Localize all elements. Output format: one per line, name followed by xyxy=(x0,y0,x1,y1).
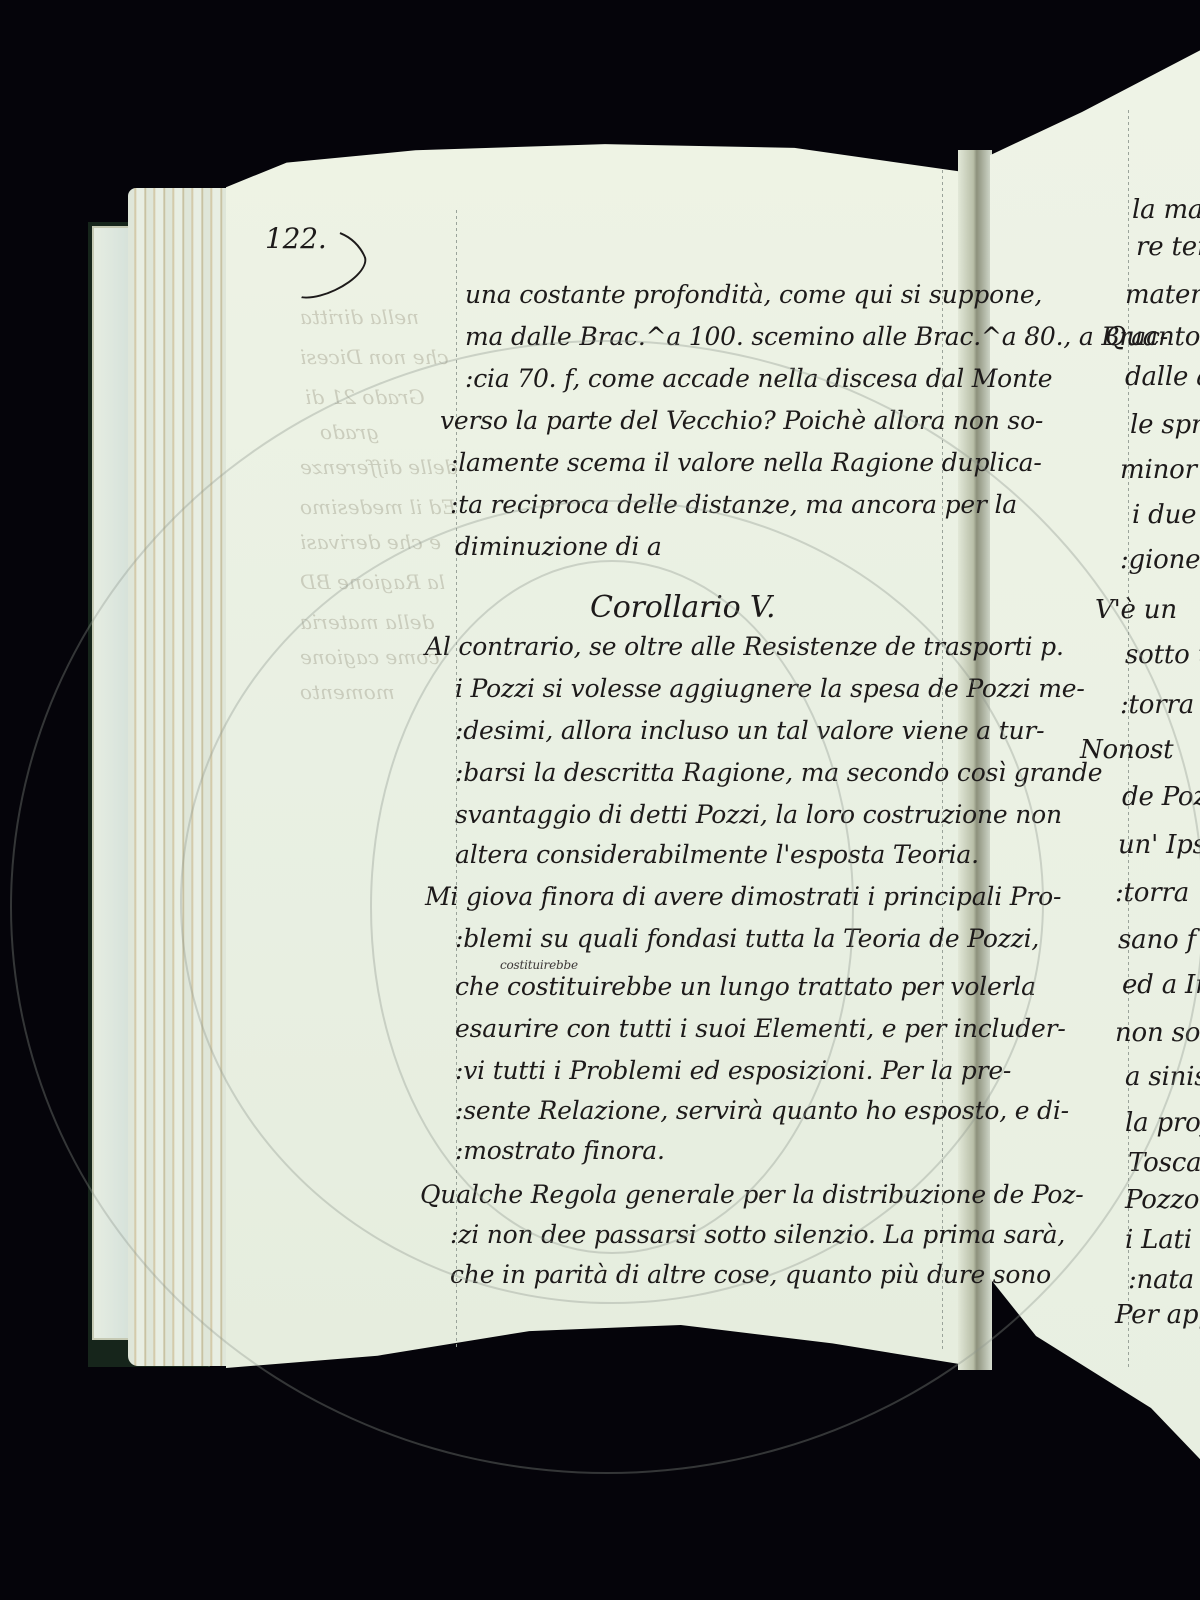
text-line: Quanto xyxy=(1105,322,1200,352)
text-line: le spr xyxy=(1130,410,1200,440)
right-page-text: la mat re tera materi Quanto dalle a le … xyxy=(0,0,1200,1600)
text-line: non son xyxy=(1115,1018,1200,1048)
text-line: Toscan xyxy=(1128,1148,1200,1178)
text-line: de Pozz xyxy=(1122,782,1200,812)
text-line: Nonost xyxy=(1080,735,1173,765)
text-line: ed a Im xyxy=(1122,970,1200,1000)
text-line: sano f xyxy=(1118,925,1196,955)
text-line: a sinis xyxy=(1125,1062,1200,1092)
text-line: i Lati xyxy=(1125,1225,1192,1255)
text-line: Per appl xyxy=(1115,1300,1200,1330)
text-line: :nata xyxy=(1128,1265,1194,1295)
text-line: i due xyxy=(1132,500,1196,530)
text-line: :torra xyxy=(1120,690,1194,720)
text-line: un' Ips xyxy=(1118,830,1200,860)
text-line: dalle a xyxy=(1125,362,1200,392)
text-line: materi xyxy=(1125,280,1200,310)
text-line: re tera xyxy=(1136,232,1200,262)
text-line: :gione i xyxy=(1120,545,1200,575)
text-line: :torra xyxy=(1115,878,1189,908)
text-line: la prof xyxy=(1125,1108,1200,1138)
text-line: sotto u xyxy=(1125,640,1200,670)
text-line: la mat xyxy=(1132,195,1200,225)
text-line: Pozzo xyxy=(1125,1185,1199,1215)
text-line: V'è un xyxy=(1095,595,1177,625)
text-line: minor xyxy=(1120,455,1197,485)
